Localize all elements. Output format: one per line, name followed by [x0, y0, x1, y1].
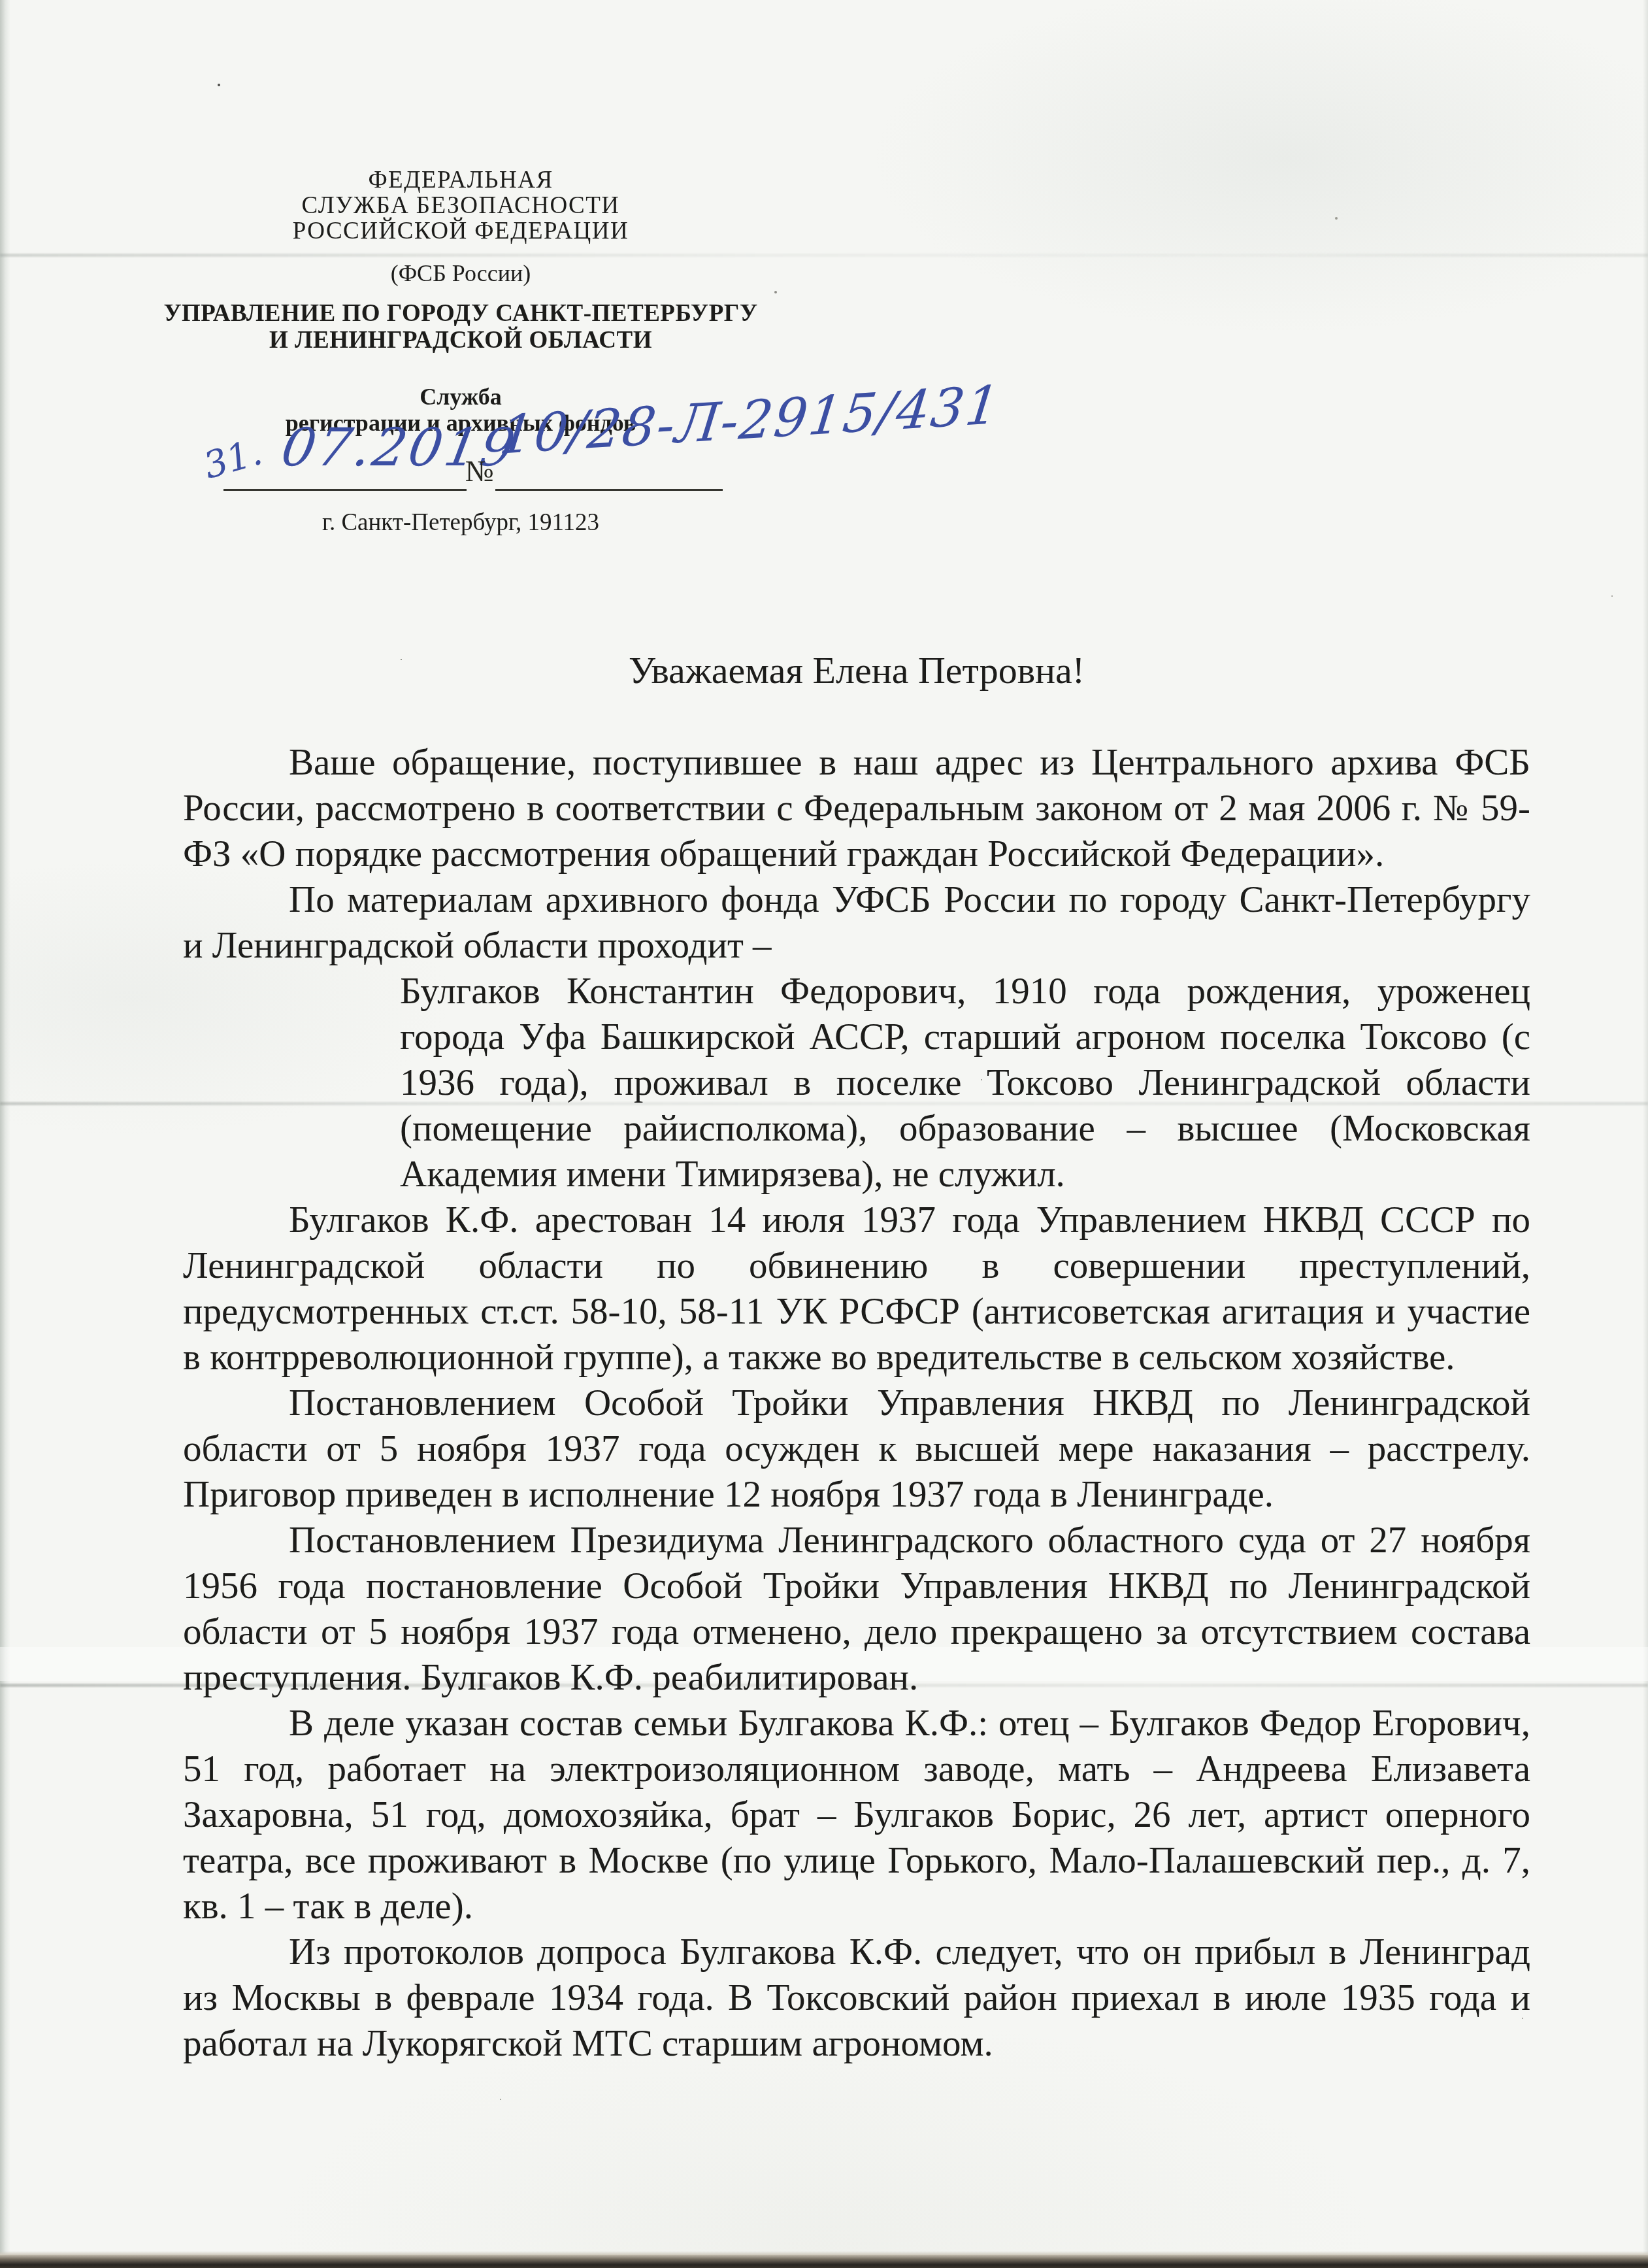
- salutation: Уважаемая Елена Петровна!: [183, 648, 1530, 692]
- scan-left-edge: [0, 0, 10, 2268]
- letterhead-org-line3: РОССИЙСКОЙ ФЕДЕРАЦИИ: [105, 218, 817, 244]
- paragraph-sentence: Постановлением Особой Тройки Управления …: [183, 1380, 1530, 1518]
- scanned-letter-page: ФЕДЕРАЛЬНАЯ СЛУЖБА БЕЗОПАСНОСТИ РОССИЙСК…: [0, 0, 1648, 2268]
- letterhead-department-line2: И ЛЕНИНГРАДСКОЙ ОБЛАСТИ: [105, 327, 817, 354]
- number-underline: [495, 489, 723, 491]
- paragraph-archive-fund: По материалам архивного фонда УФСБ Росси…: [183, 877, 1530, 969]
- letterhead-department-line1: УПРАВЛЕНИЕ ПО ГОРОДУ САНКТ-ПЕТЕРБУРГУ: [105, 300, 817, 327]
- handwritten-day: 31.: [199, 431, 267, 488]
- paragraph-interrogation: Из протоколов допроса Булгакова К.Ф. сле…: [183, 1929, 1530, 2067]
- paragraph-rehabilitation: Постановлением Президиума Ленинградского…: [183, 1518, 1530, 1701]
- paragraph-family: В деле указан состав семьи Булгакова К.Ф…: [183, 1701, 1530, 1929]
- paragraph-appeal-received: Ваше обращение, поступившее в наш адрес …: [183, 740, 1530, 877]
- date-underline: [223, 489, 467, 491]
- letterhead-org-line2: СЛУЖБА БЕЗОПАСНОСТИ: [105, 193, 817, 218]
- scan-right-edge: [1643, 0, 1648, 2268]
- letterhead-city-line: г. Санкт-Петербург, 191123: [105, 509, 817, 537]
- paragraph-arrest: Булгаков К.Ф. арестован 14 июля 1937 год…: [183, 1197, 1530, 1380]
- scan-dust-specks: [218, 84, 220, 86]
- number-sign: №: [465, 454, 494, 488]
- letter-body: Ваше обращение, поступившее в наш адрес …: [183, 740, 1530, 2067]
- letterhead-org-line1: ФЕДЕРАЛЬНАЯ: [105, 167, 817, 193]
- paragraph-person-record: Булгаков Константин Федорович, 1910 года…: [400, 969, 1530, 1197]
- letterhead-abbreviation: (ФСБ России): [105, 259, 817, 287]
- scan-bottom-edge: [0, 2255, 1648, 2268]
- reference-line: 31. 07.2019 № 10/28-Л-2915/431: [209, 416, 1026, 514]
